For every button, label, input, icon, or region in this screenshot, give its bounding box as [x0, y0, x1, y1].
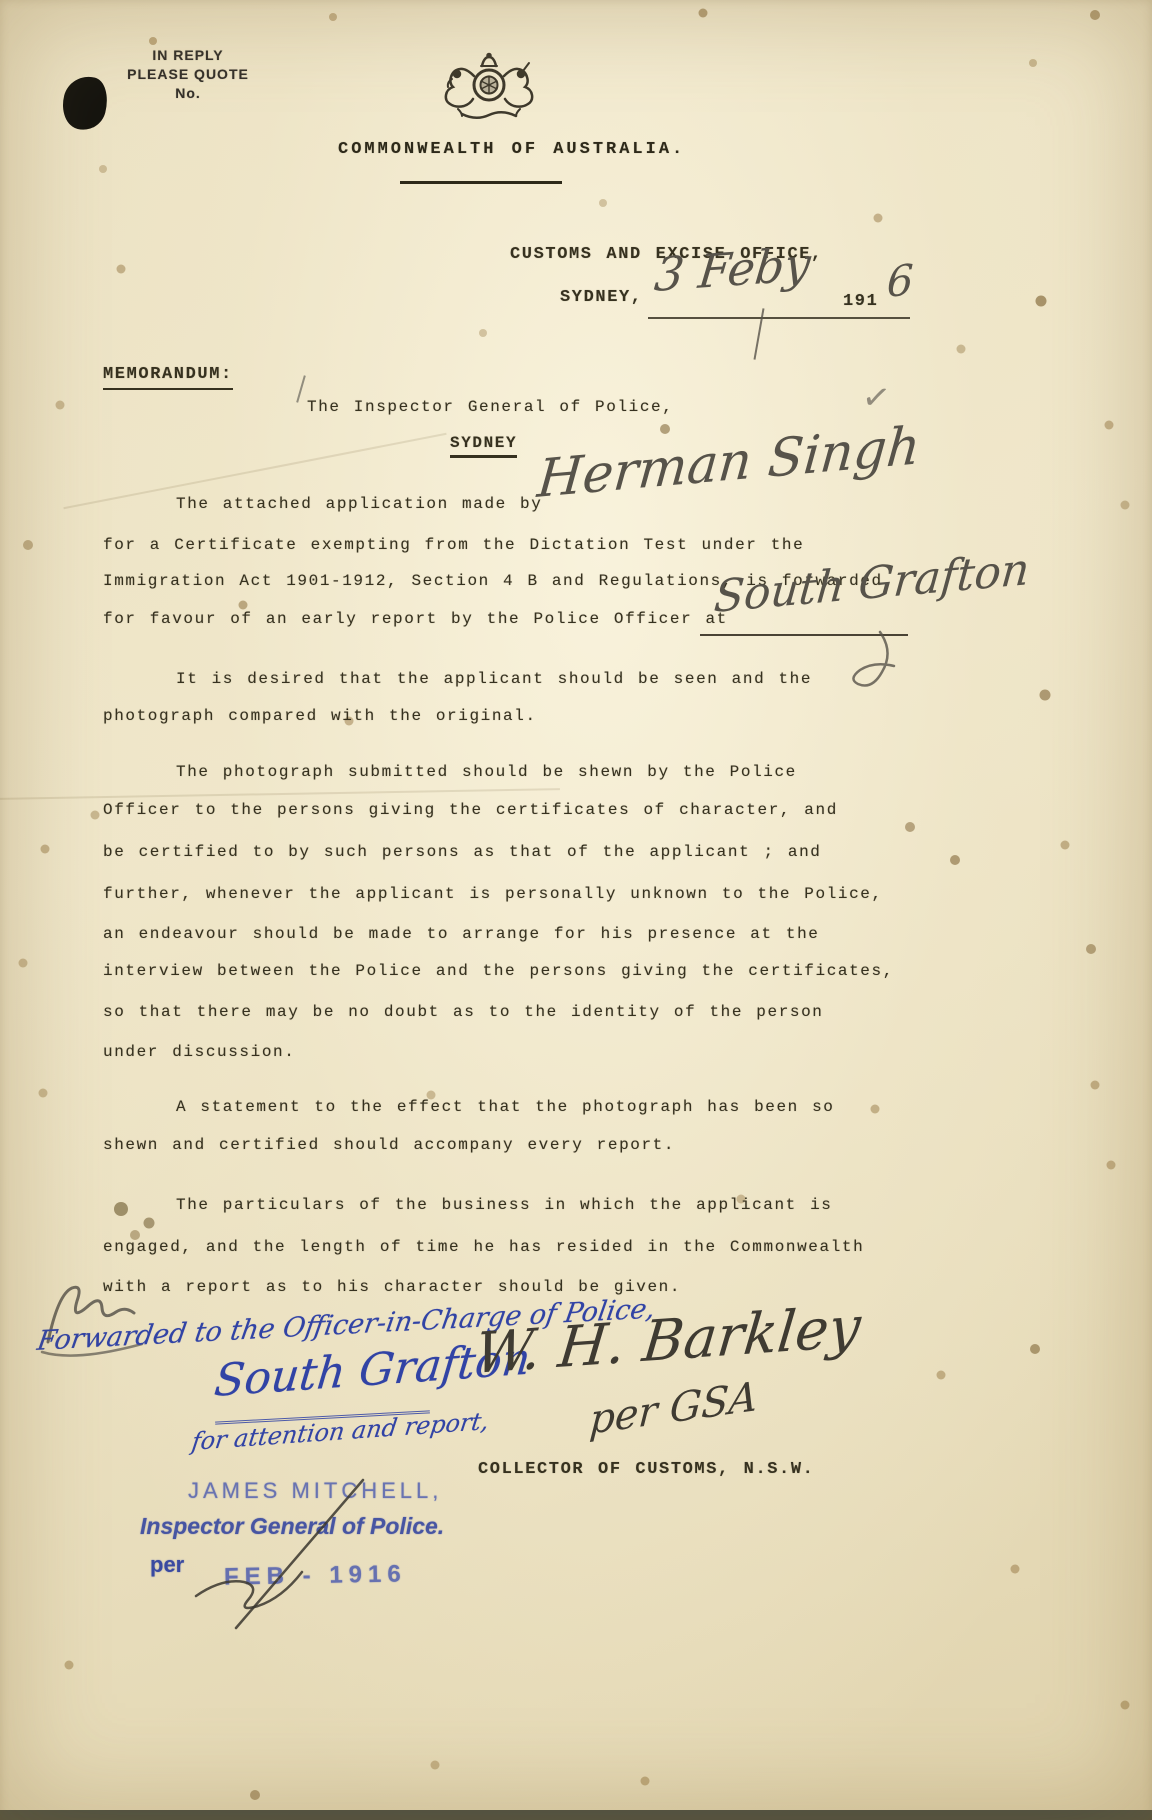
reply-note-line1: IN REPLY [88, 46, 288, 65]
body-line: with a report as to his character should… [103, 1278, 681, 1296]
body-line: be certified to by such persons as that … [103, 843, 822, 861]
body-line: for favour of an early report by the Pol… [103, 610, 728, 628]
royal-coat-of-arms-icon [430, 52, 548, 127]
handwritten-applicant-name: Herman Singh [535, 416, 923, 510]
heading-rule [400, 181, 562, 184]
reply-note: IN REPLY PLEASE QUOTE No. [88, 46, 288, 103]
scan-edge [0, 1810, 1152, 1820]
memo-label: MEMORANDUM: [103, 365, 233, 390]
date-underline [648, 317, 910, 319]
city-line: SYDNEY, [560, 288, 643, 307]
per-signature-squiggle [178, 1468, 458, 1638]
addressee-city: SYDNEY [450, 434, 517, 458]
handwritten-place: South Grafton [712, 544, 1031, 623]
foxing-stains [0, 0, 6, 6]
body-line: Officer to the persons giving the certif… [103, 801, 838, 819]
handwritten-date: 3 Feby [652, 237, 813, 302]
body-line: interview between the Police and the per… [103, 962, 894, 980]
body-line: photograph compared with the original. [103, 707, 537, 725]
body-line: an endeavour should be made to arrange f… [103, 925, 820, 943]
handwritten-year: 6 [886, 255, 914, 307]
addressee-line: The Inspector General of Police, [307, 398, 673, 416]
body-line: further, whenever the applicant is perso… [103, 885, 883, 903]
body-line: under discussion. [103, 1043, 295, 1061]
body-line: The particulars of the business in which… [176, 1196, 833, 1214]
body-line: engaged, and the length of time he has r… [103, 1238, 864, 1256]
body-line: for a Certificate exempting from the Dic… [103, 536, 804, 554]
body-line: The attached application made by [176, 495, 542, 513]
collector-title: COLLECTOR OF CUSTOMS, N.S.W. [478, 1460, 814, 1479]
reply-note-line2: PLEASE QUOTE [88, 65, 288, 84]
body-line: The photograph submitted should be shewn… [176, 763, 797, 781]
document-heading: COMMONWEALTH OF AUSTRALIA. [338, 140, 685, 159]
body-line: so that there may be no doubt as to the … [103, 1003, 824, 1021]
body-line: shewn and certified should accompany eve… [103, 1136, 675, 1154]
body-line: A statement to the effect that the photo… [176, 1098, 835, 1116]
memorandum-document: IN REPLY PLEASE QUOTE No. [0, 0, 1152, 1820]
pencil-mark [296, 375, 306, 402]
reply-note-line3: No. [88, 84, 288, 103]
handwriting-tail-stroke [754, 308, 765, 360]
year-printed: 191 [843, 292, 878, 311]
handwriting-flourish [830, 630, 910, 705]
body-line: It is desired that the applicant should … [176, 670, 812, 688]
collector-countersign: per GSA [588, 1374, 759, 1444]
pencil-checkmark: ✓ [859, 376, 893, 420]
paper-crease [0, 788, 560, 800]
